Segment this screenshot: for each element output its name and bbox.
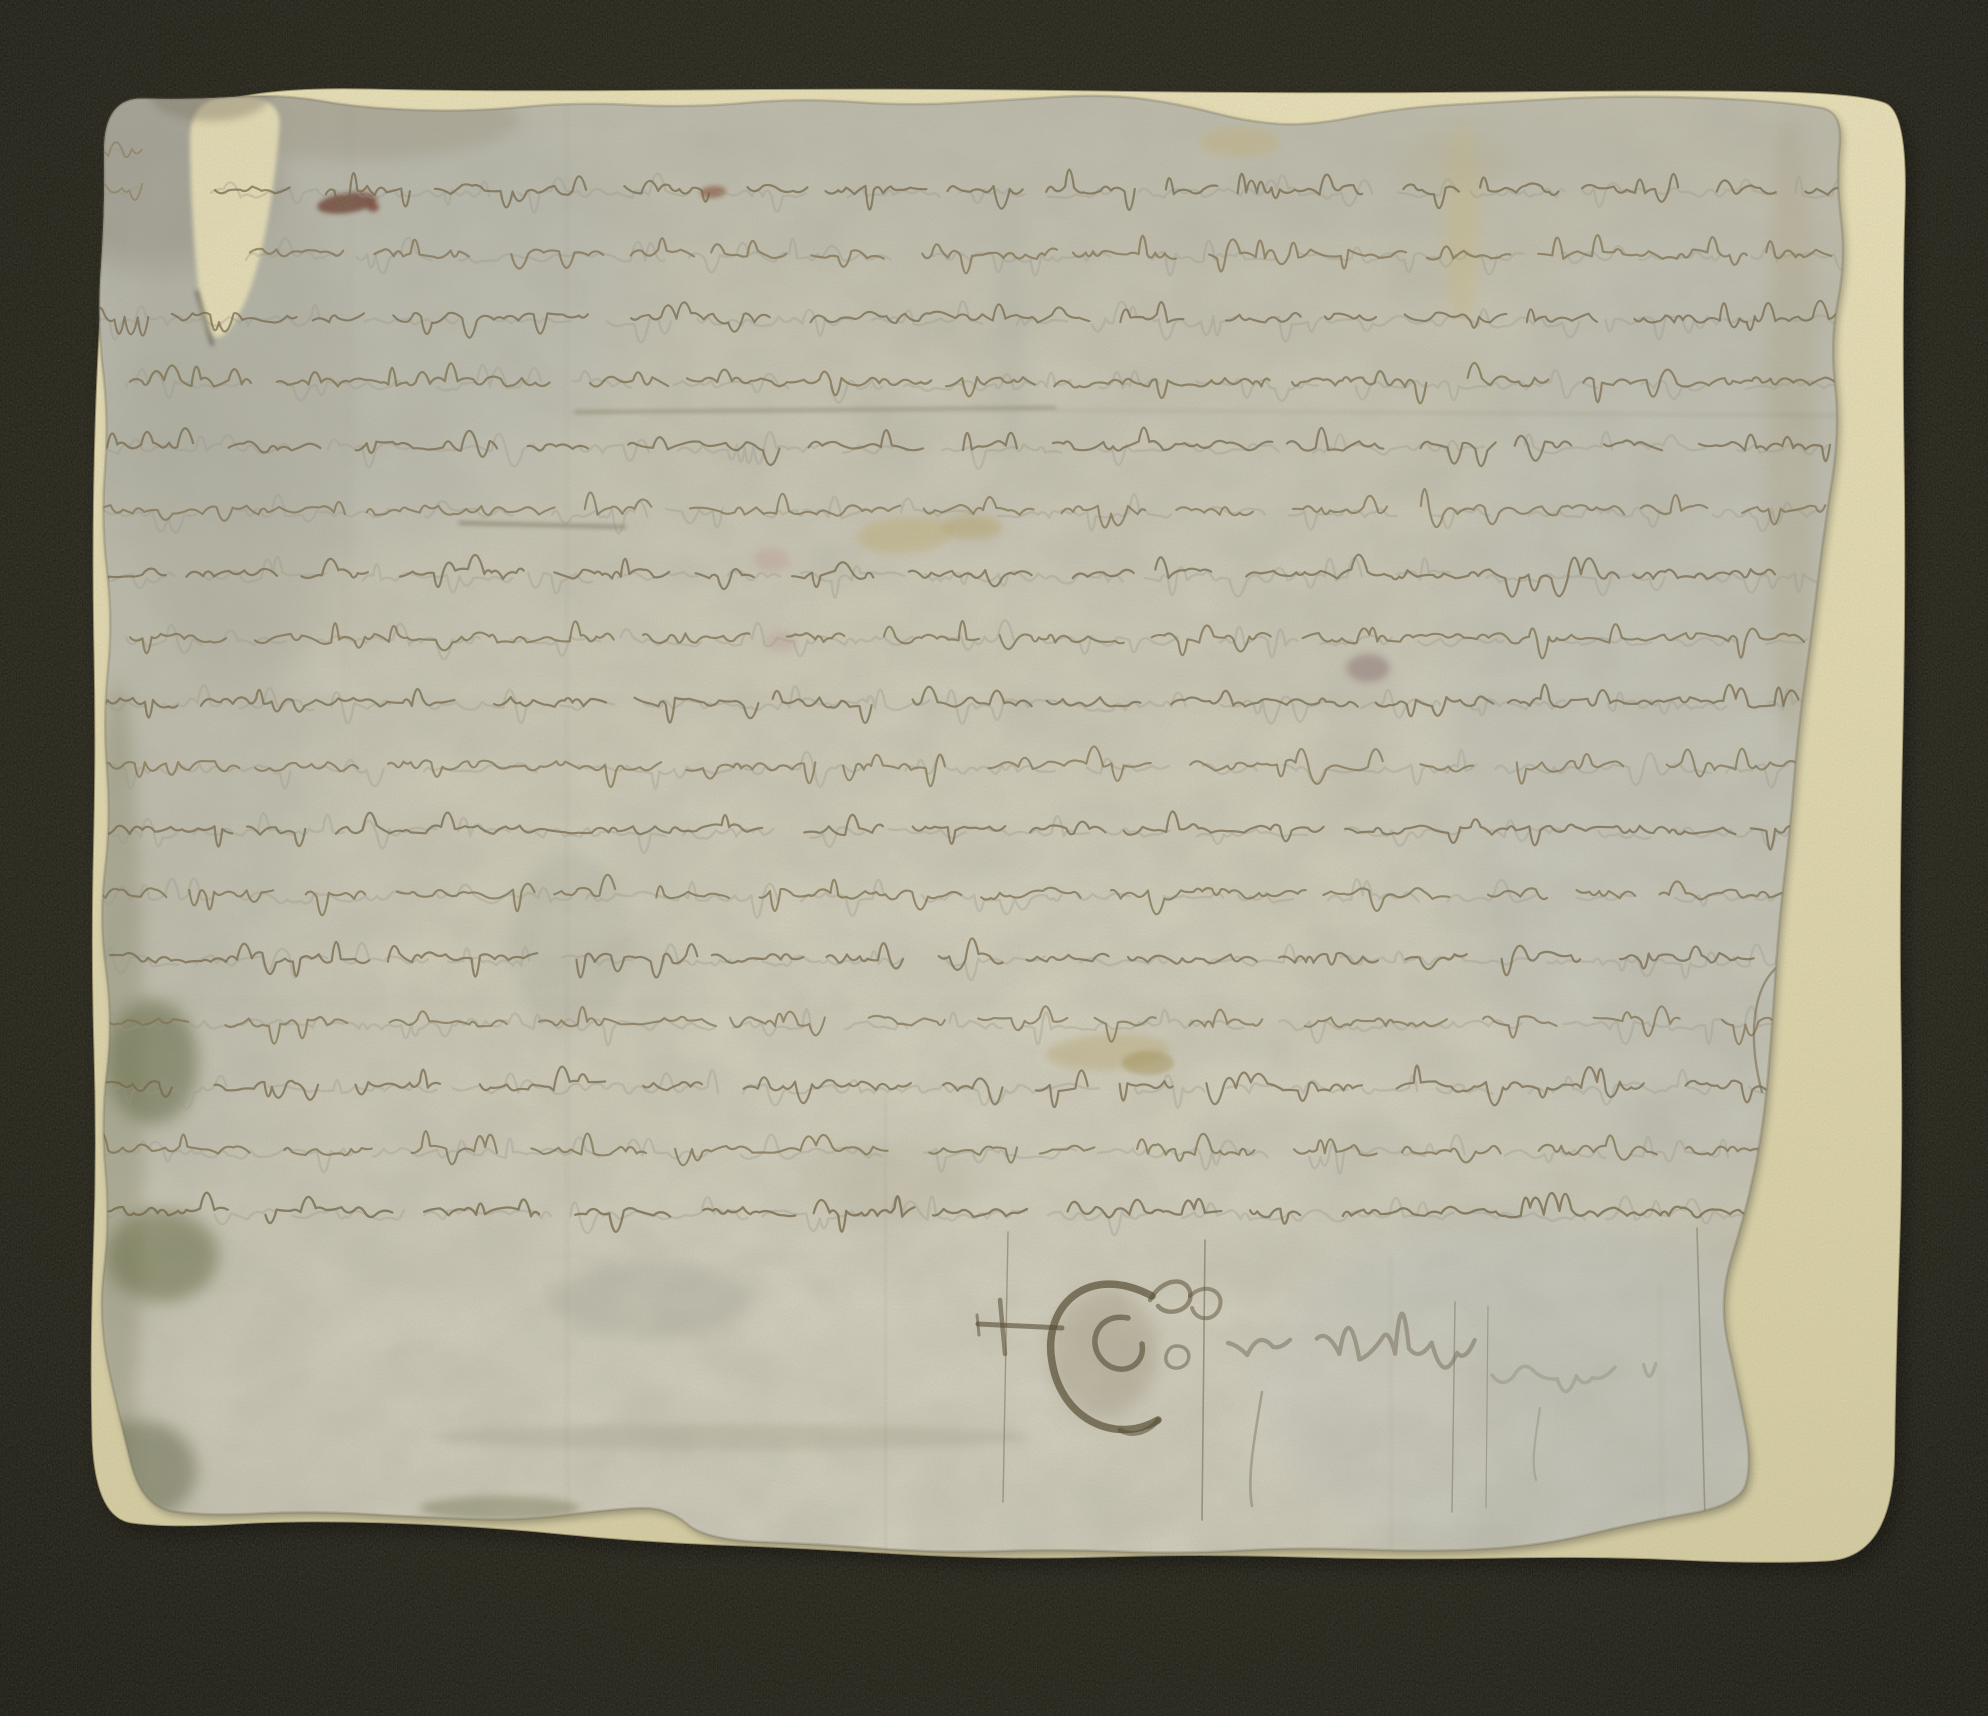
photo-grain (0, 0, 1988, 1716)
artwork-svg (0, 0, 1988, 1716)
manuscript-photo: Photograph of a damaged medieval parchme… (0, 0, 1988, 1716)
